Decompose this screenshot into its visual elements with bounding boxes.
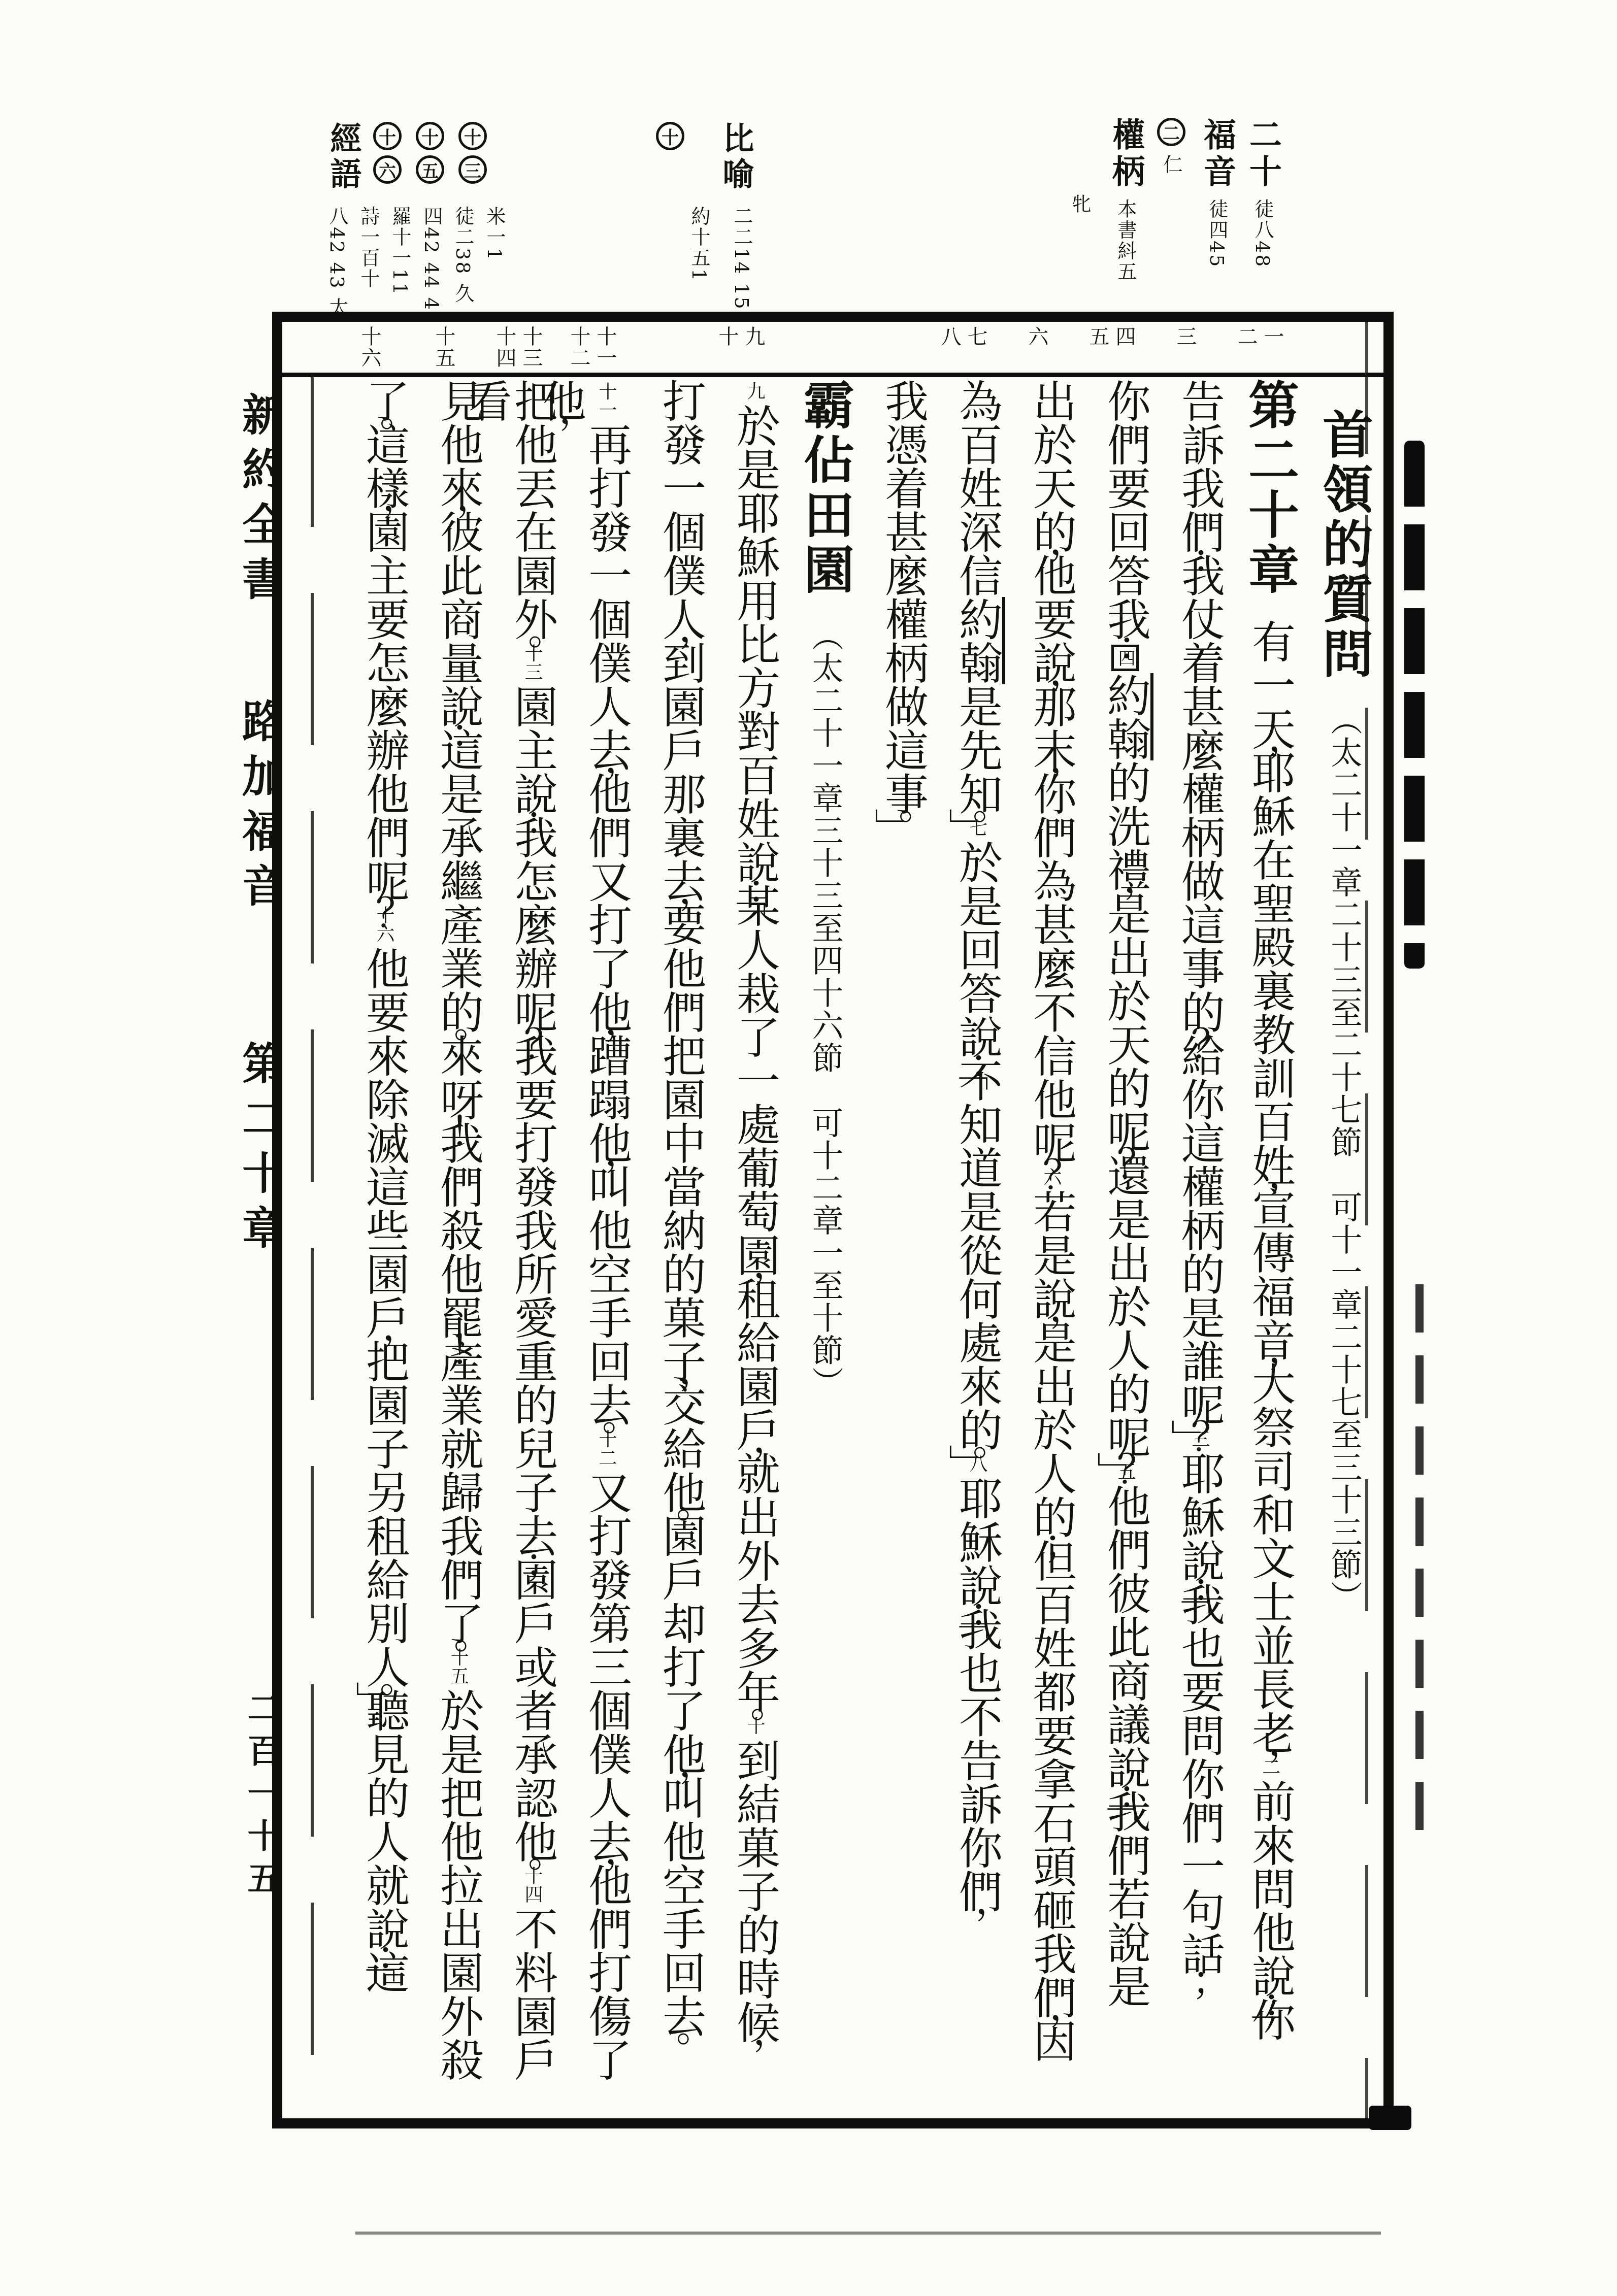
- scan-artifact: [1404, 441, 1425, 969]
- strip-verse-number: 八: [939, 326, 960, 347]
- note-label-authority: 權柄: [1109, 118, 1142, 191]
- circled-note-block: 二 仁: [1155, 118, 1187, 282]
- verse-number-cell: 十六: [333, 326, 407, 371]
- cross-reference-list: 米一1徒二38 久四42 44 45羅十一11詩一百十八42 43 太: [327, 206, 504, 325]
- text-column-1: 一二第二十章有一天，耶穌在聖殿裏教訓百姓，宣傳福音，大祭司和文士並長老，二前來問…: [1222, 322, 1296, 2118]
- scanned-book-page: 二十 徒八48 福音 徒四45 二 仁 權柄 本書紏五 牝 十 比喻 二二14 …: [0, 0, 1617, 2296]
- circled-note-icon: 六: [373, 155, 402, 184]
- verse-number-cell: 一二: [1222, 326, 1296, 371]
- text-column-5: 七八為百姓深信約翰是先知。」七於是回答說：「不知道是從何處來的。」八耶穌說：「我…: [926, 322, 1000, 2118]
- cross-reference: 本書紏五: [1116, 199, 1135, 282]
- cross-reference: 八42 43 太: [327, 206, 347, 325]
- circled-note-pair: 十三: [458, 122, 487, 184]
- verse-number-cell: 十一十二: [555, 326, 629, 371]
- cross-reference: 二二14 15: [732, 206, 751, 311]
- scripture-text-block: 首領的質問（太二十一章二十三至二十七節 可十一章二十七至三十三節）一二第二十章有…: [323, 322, 1370, 2118]
- strip-verse-number: 十五: [434, 326, 454, 369]
- text-column-11: 十三十四把他丟在園外。十三園主說：我怎麼辦呢？我要打發我所愛重的兒子去；園戶或者…: [481, 322, 555, 2118]
- stray-ref-block: 牝: [1064, 118, 1096, 282]
- circled-note-pair: 十六: [373, 122, 402, 184]
- cross-reference-list: 二二14 15約十五1: [671, 206, 751, 311]
- cross-reference: 羅十一11: [390, 206, 410, 325]
- cross-reference: 約十五1: [689, 206, 709, 311]
- margin-notes-middle: 十 比喻 二二14 15約十五1: [656, 122, 751, 311]
- strip-verse-number: 十一: [595, 326, 615, 369]
- text-column-8: 九十九於是耶穌用比方對百姓說：「某人栽了一處葡萄園，租給園戶，就出外去多年。十到…: [703, 322, 777, 2118]
- verse-number-cell: 六: [1000, 326, 1074, 371]
- cross-reference: 米一1: [485, 206, 504, 325]
- strip-verse-number: 十六: [359, 326, 380, 369]
- margin-notes-left: 經語 十六十五十三 米一1徒二38 久四42 44 45羅十一11詩一百十八42…: [327, 122, 504, 325]
- verse-number-cell: 七八: [926, 326, 1000, 371]
- chapter-number-label: 二十: [1246, 118, 1279, 191]
- cross-reference: 四42 44 45: [422, 206, 441, 325]
- strip-verse-number: 二: [1236, 326, 1256, 347]
- section-title-column: 首領的質問（太二十一章二十三至二十七節 可十一章二十七至三十三節）: [1296, 322, 1370, 2118]
- text-column-3: 四五你們要回答我：四約翰的洗禮，是出於天的呢？還是出於人的呢？」五他們彼此商議說…: [1074, 322, 1148, 2118]
- strip-verse-number: 十三: [521, 326, 541, 369]
- verse-number-cell: 三: [1148, 326, 1222, 371]
- strip-verse-number: 六: [1027, 326, 1047, 347]
- strip-verse-number: 五: [1087, 326, 1108, 347]
- verse-number-cell: 四五: [1074, 326, 1148, 371]
- verse-number-cell: 十五: [407, 326, 481, 371]
- section-heading-column: 霸佔田園（太二十一章三十三至四十六節 可十二章一至十節）: [777, 322, 851, 2118]
- circled-note-icon: 三: [458, 155, 487, 184]
- circled-note-icon: 二: [1157, 118, 1185, 146]
- verse-number-cell: 九十: [703, 326, 777, 371]
- gospel-note-block: 福音 徒四45: [1201, 118, 1233, 282]
- strip-verse-number: 三: [1175, 326, 1195, 347]
- margin-notes-right: 二十 徒八48 福音 徒四45 二 仁 權柄 本書紏五 牝: [1064, 118, 1279, 282]
- circled-note-icon: 十: [373, 122, 402, 150]
- circled-note-pair: 十五: [416, 122, 444, 184]
- circled-note-icon: 五: [416, 155, 444, 184]
- text-column-4: 六出於天的，他要說，那末，你們為甚麼不信他呢？六若是說，是出於人的；但百姓都要拿…: [1000, 322, 1074, 2118]
- cross-reference: 仁: [1162, 154, 1181, 175]
- strip-verse-number: 七: [966, 326, 986, 347]
- strip-verse-number: 一: [1262, 326, 1282, 347]
- strip-verse-number: 十四: [494, 326, 515, 369]
- text-column-12: 十五見他來，彼此商量說：這是承繼產業的。來呀！我們殺他罷！產業就歸我們了。十五於…: [407, 322, 481, 2118]
- text-column-2: 三告訴我們：我仗着甚麼權柄做這事的？給你這權柄的是誰呢？」三耶穌說：「我也要問你…: [1148, 322, 1222, 2118]
- scan-artifact: [1415, 1284, 1424, 1848]
- verse-number-cell: 十三十四: [481, 326, 555, 371]
- circled-note-icon: 十: [416, 122, 444, 150]
- cross-reference: 詩一百十: [359, 206, 378, 325]
- verse-number-marker: 九: [744, 382, 765, 401]
- authority-note-block: 權柄 本書紏五: [1109, 118, 1142, 282]
- cross-reference: 牝: [1070, 194, 1090, 215]
- verse-number-marker: 十一: [596, 382, 617, 419]
- page-frame: 首領的質問（太二十一章二十三至二十七節 可十一章二十七至三十三節）一二第二十章有…: [272, 312, 1394, 2128]
- note-label-gospel: 福音: [1201, 118, 1233, 191]
- section-heading: 第二十章: [1240, 379, 1300, 598]
- cross-reference: 徒二38 久: [453, 206, 473, 325]
- proper-noun: 約翰: [1100, 673, 1153, 760]
- chapter-marker-block: 二十 徒八48: [1246, 118, 1279, 282]
- text-column-9: 打發一個僕人，到園戶那裏去，要他們把園中當納的菓子，交給他。園戶却打了他，叫他空…: [629, 322, 703, 2118]
- pericope-title: 首領的質問: [1314, 408, 1374, 682]
- text-column-6: 我憑着甚麼權柄做這事。」: [851, 322, 926, 2118]
- circled-note-icon: 十: [458, 122, 487, 150]
- inner-border-line: [311, 375, 314, 2111]
- parallel-passage-reference: （太二十一章三十三至四十六節 可十二章一至十節）: [807, 619, 844, 1399]
- strip-verse-number: 十二: [569, 326, 589, 369]
- parallel-passage-reference: （太二十一章二十三至二十七節 可十一章二十七至三十三節）: [1326, 704, 1363, 1613]
- cross-reference: 徒四45: [1207, 199, 1227, 268]
- strip-verse-number: 九: [743, 326, 764, 347]
- scan-artifact: [355, 2232, 1381, 2235]
- circled-cross-icon: 十: [656, 122, 684, 150]
- strip-verse-number: 四: [1114, 326, 1134, 347]
- text-column-10: 十一十二十一再打發一個僕人去，他們又打了他，蹧蹋他，叫他空手回去。十二又打發第三…: [555, 322, 629, 2118]
- strip-verse-number: 十: [717, 326, 737, 347]
- section-heading: 霸佔田園: [795, 379, 855, 598]
- note-label-scripture: 經語: [327, 122, 359, 193]
- note-label-parable: 比喻: [720, 122, 751, 193]
- text-column-13: 十六了。這樣，園主要怎麼辦他們呢？十六他要來除滅這些園戶，把園子另租給別人。」聽…: [333, 322, 407, 2118]
- proper-noun: 約翰: [951, 597, 1005, 684]
- cross-reference: 徒八48: [1253, 199, 1272, 268]
